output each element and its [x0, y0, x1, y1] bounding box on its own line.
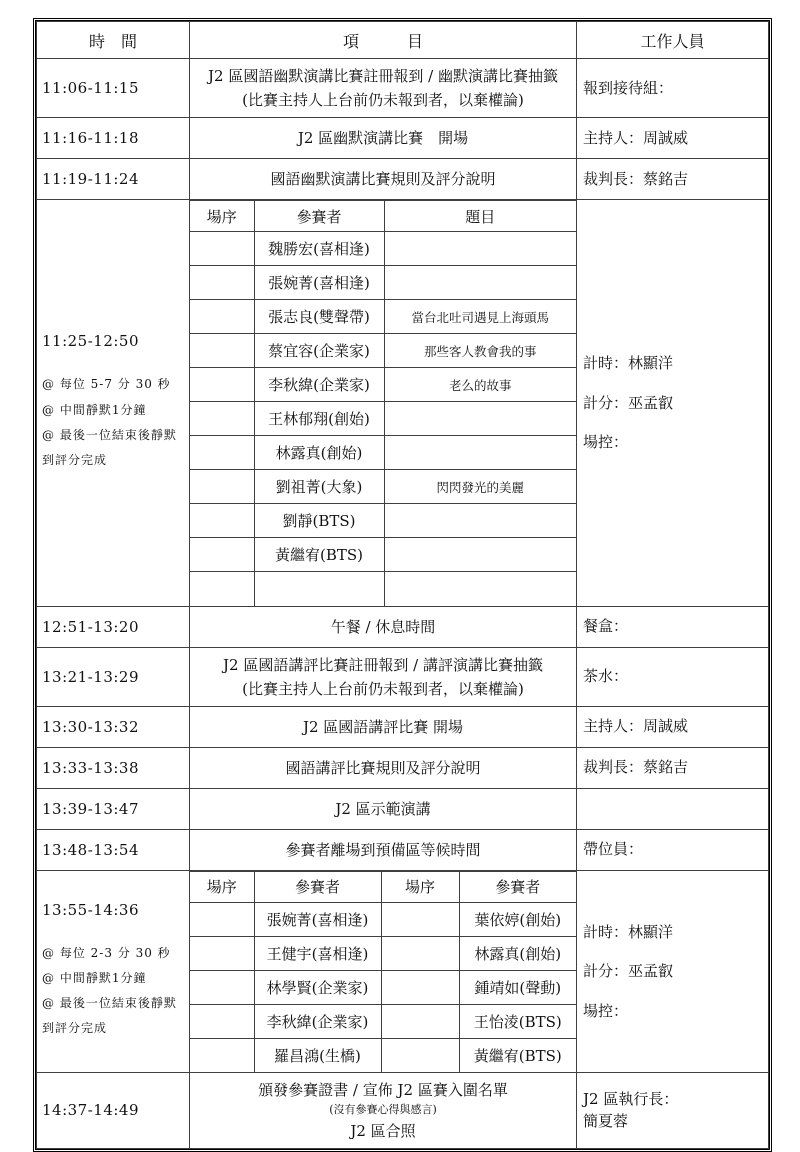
time-cell: 11:06-11:15	[37, 59, 190, 118]
agenda-table: 時 間 項 目 工作人員 11:06-11:15J2 區國語幽默演講比賽註冊報到…	[36, 21, 769, 1149]
col-header-time: 時 間	[37, 22, 190, 59]
contest-row: 11:25-12:50@ 每位 5-7 分 30 秒@ 中間靜默1分鐘@ 最後一…	[37, 200, 769, 607]
participant-cell: 王林郁翔(創始)	[254, 402, 384, 436]
staff-line: 計分：巫孟叡	[583, 960, 765, 983]
time-range: 13:48-13:54	[42, 841, 187, 859]
staff-line: J2 區執行長：	[583, 1088, 765, 1111]
time-note-line: @ 最後一位結束後靜默	[42, 423, 187, 448]
staff-line: 場控：	[583, 1000, 765, 1023]
seq-cell	[190, 504, 254, 538]
staff-line: 帶位員：	[583, 838, 765, 861]
item-line: J2 區合照	[194, 1119, 572, 1143]
inner-col-header: 參賽者	[254, 871, 381, 902]
time-range: 12:51-13:20	[42, 618, 187, 636]
participant-cell: 劉靜(BTS)	[254, 504, 384, 538]
item-cell: J2 區國語幽默演講比賽註冊報到 / 幽默演講比賽抽籤(比賽主持人上台前仍未報到…	[190, 59, 577, 118]
inner-row: 張志良(雙聲帶)當台北吐司遇見上海頭馬	[190, 300, 576, 334]
seq-cell	[190, 368, 254, 402]
topic-cell	[384, 436, 576, 470]
item-line: J2 區示範演講	[194, 797, 572, 821]
inner-row: 王林郁翔(創始)	[190, 402, 576, 436]
seq-cell	[190, 1004, 254, 1038]
inner-row: 李秋緯(企業家)老么的故事	[190, 368, 576, 402]
inner-row: 張婉菁(喜相逢)葉依婷(創始)	[190, 902, 576, 936]
item-line: 國語幽默演講比賽規則及評分說明	[194, 167, 572, 191]
staff-line: 計時：林顯洋	[583, 921, 765, 944]
time-cell: 13:21-13:29	[37, 647, 190, 706]
inner-col-header: 參賽者	[459, 871, 576, 902]
item-cell: 頒發參賽證書 / 宣佈 J2 區賽入圍名單(沒有參賽心得與感言)J2 區合照	[190, 1073, 577, 1149]
time-range: 14:37-14:49	[42, 1101, 187, 1119]
staff-cell: 裁判長：蔡銘吉	[577, 159, 769, 200]
seq-cell	[381, 1038, 459, 1072]
time-cell: 13:30-13:32	[37, 706, 190, 747]
time-cell: 14:37-14:49	[37, 1073, 190, 1149]
inner-row: 劉祖菁(大象)閃閃發光的美麗	[190, 470, 576, 504]
topic-cell: 老么的故事	[384, 368, 576, 402]
inner-row: 林學賢(企業家)鍾靖如(聲動)	[190, 970, 576, 1004]
participant-cell: 黃繼宥(BTS)	[459, 1038, 576, 1072]
time-cell: 13:39-13:47	[37, 788, 190, 829]
participant-cell	[254, 572, 384, 606]
staff-cell: 計時：林顯洋計分：巫孟叡場控：	[577, 200, 769, 607]
inner-row: 林露真(創始)	[190, 436, 576, 470]
item-line: 午餐 / 休息時間	[194, 615, 572, 639]
seq-cell	[190, 572, 254, 606]
participant-cell: 林露真(創始)	[459, 936, 576, 970]
participant-cell: 劉祖菁(大象)	[254, 470, 384, 504]
time-note-line: @ 每位 5-7 分 30 秒	[42, 372, 187, 397]
seq-cell	[190, 902, 254, 936]
inner-row: 黃繼宥(BTS)	[190, 538, 576, 572]
time-cell: 11:16-11:18	[37, 118, 190, 159]
participant-cell: 葉依婷(創始)	[459, 902, 576, 936]
agenda-row: 11:19-11:24國語幽默演講比賽規則及評分說明裁判長：蔡銘吉	[37, 159, 769, 200]
inner-row: 張婉菁(喜相逢)	[190, 266, 576, 300]
seq-cell	[190, 436, 254, 470]
time-range: 13:30-13:32	[42, 718, 187, 736]
seq-cell	[190, 334, 254, 368]
seq-cell	[381, 936, 459, 970]
inner-col-header: 場序	[190, 871, 254, 902]
staff-line: 簡夏蓉	[583, 1110, 765, 1133]
staff-line: 主持人：周誠威	[583, 127, 765, 150]
topic-cell	[384, 232, 576, 266]
staff-cell: 主持人：周誠威	[577, 706, 769, 747]
time-range: 13:33-13:38	[42, 759, 187, 777]
header-row: 時 間 項 目 工作人員	[37, 22, 769, 59]
item-cell: J2 區示範演講	[190, 788, 577, 829]
staff-line: 裁判長：蔡銘吉	[583, 756, 765, 779]
item-line: (比賽主持人上台前仍未報到者，以棄權論)	[194, 88, 572, 112]
item-line: 國語講評比賽規則及評分說明	[194, 756, 572, 780]
staff-line: 報到接待組：	[583, 77, 765, 100]
staff-line: 主持人：周誠威	[583, 715, 765, 738]
seq-cell	[190, 402, 254, 436]
item-cell: 國語幽默演講比賽規則及評分說明	[190, 159, 577, 200]
agenda-row: 11:06-11:15J2 區國語幽默演講比賽註冊報到 / 幽默演講比賽抽籤(比…	[37, 59, 769, 118]
topic-cell	[384, 402, 576, 436]
participant-cell: 張婉菁(喜相逢)	[254, 902, 381, 936]
time-cell: 11:25-12:50@ 每位 5-7 分 30 秒@ 中間靜默1分鐘@ 最後一…	[37, 200, 190, 607]
seq-cell	[190, 232, 254, 266]
item-cell: 參賽者離場到預備區等候時間	[190, 829, 577, 870]
participant-cell: 李秋緯(企業家)	[254, 368, 384, 402]
time-cell: 13:55-14:36@ 每位 2-3 分 30 秒@ 中間靜默1分鐘@ 最後一…	[37, 870, 190, 1073]
participant-cell: 羅昌鴻(生橋)	[254, 1038, 381, 1072]
item-cell: J2 區幽默演講比賽 開場	[190, 118, 577, 159]
page: 時 間 項 目 工作人員 11:06-11:15J2 區國語幽默演講比賽註冊報到…	[0, 0, 800, 1130]
agenda-row: 13:48-13:54參賽者離場到預備區等候時間帶位員：	[37, 829, 769, 870]
topic-cell: 當台北吐司遇見上海頭馬	[384, 300, 576, 334]
inner-row: 劉靜(BTS)	[190, 504, 576, 538]
time-note-line: @ 中間靜默1分鐘	[42, 398, 187, 423]
time-notes: @ 每位 2-3 分 30 秒@ 中間靜默1分鐘@ 最後一位結束後靜默到評分完成	[42, 941, 187, 1042]
seq-cell	[381, 902, 459, 936]
contest-inner-table: 場序參賽者場序參賽者張婉菁(喜相逢)葉依婷(創始)王健宇(喜相逢)林露真(創始)…	[190, 871, 576, 1073]
time-note-line: @ 最後一位結束後靜默	[42, 991, 187, 1016]
time-note-line: 到評分完成	[42, 1016, 187, 1041]
time-note-line: @ 中間靜默1分鐘	[42, 966, 187, 991]
time-note-line: @ 每位 2-3 分 30 秒	[42, 941, 187, 966]
time-cell: 13:48-13:54	[37, 829, 190, 870]
time-range: 11:16-11:18	[42, 129, 187, 147]
participant-cell: 張婉菁(喜相逢)	[254, 266, 384, 300]
time-range: 13:55-14:36	[42, 901, 187, 919]
time-note-line: 到評分完成	[42, 448, 187, 473]
agenda-row: 14:37-14:49頒發參賽證書 / 宣佈 J2 區賽入圍名單(沒有參賽心得與…	[37, 1073, 769, 1149]
seq-cell	[190, 300, 254, 334]
staff-line: 茶水：	[583, 665, 765, 688]
inner-col-header: 參賽者	[254, 201, 384, 232]
staff-cell	[577, 788, 769, 829]
seq-cell	[381, 1004, 459, 1038]
topic-cell	[384, 538, 576, 572]
inner-col-header: 場序	[381, 871, 459, 902]
agenda-row: 13:39-13:47J2 區示範演講	[37, 788, 769, 829]
inner-row: 王健宇(喜相逢)林露真(創始)	[190, 936, 576, 970]
staff-line: 場控：	[583, 431, 765, 454]
participant-cell: 林學賢(企業家)	[254, 970, 381, 1004]
item-cell: 國語講評比賽規則及評分說明	[190, 747, 577, 788]
time-range: 11:06-11:15	[42, 79, 187, 97]
time-range: 13:39-13:47	[42, 800, 187, 818]
staff-cell: 計時：林顯洋計分：巫孟叡場控：	[577, 870, 769, 1073]
time-range: 13:21-13:29	[42, 668, 187, 686]
col-header-staff: 工作人員	[577, 22, 769, 59]
agenda-row: 13:21-13:29J2 區國語講評比賽註冊報到 / 講評演講比賽抽籤(比賽主…	[37, 647, 769, 706]
contest-program-cell: 場序參賽者場序參賽者張婉菁(喜相逢)葉依婷(創始)王健宇(喜相逢)林露真(創始)…	[190, 870, 577, 1073]
seq-cell	[381, 970, 459, 1004]
item-line: J2 區國語講評比賽註冊報到 / 講評演講比賽抽籤	[194, 653, 572, 677]
staff-line: 裁判長：蔡銘吉	[583, 168, 765, 191]
staff-cell: 帶位員：	[577, 829, 769, 870]
seq-cell	[190, 538, 254, 572]
staff-cell: 茶水：	[577, 647, 769, 706]
seq-cell	[190, 970, 254, 1004]
agenda-row: 13:33-13:38國語講評比賽規則及評分說明裁判長：蔡銘吉	[37, 747, 769, 788]
topic-cell: 閃閃發光的美麗	[384, 470, 576, 504]
seq-cell	[190, 936, 254, 970]
participant-cell: 黃繼宥(BTS)	[254, 538, 384, 572]
contest-row: 13:55-14:36@ 每位 2-3 分 30 秒@ 中間靜默1分鐘@ 最後一…	[37, 870, 769, 1073]
seq-cell	[190, 266, 254, 300]
agenda-row: 13:30-13:32J2 區國語講評比賽 開場主持人：周誠威	[37, 706, 769, 747]
item-cell: J2 區國語講評比賽註冊報到 / 講評演講比賽抽籤(比賽主持人上台前仍未報到者，…	[190, 647, 577, 706]
item-cell: 午餐 / 休息時間	[190, 606, 577, 647]
participant-cell: 張志良(雙聲帶)	[254, 300, 384, 334]
inner-row: 李秋緯(企業家)王怡淩(BTS)	[190, 1004, 576, 1038]
inner-row: 魏勝宏(喜相逢)	[190, 232, 576, 266]
staff-cell: 餐盒：	[577, 606, 769, 647]
participant-cell: 蔡宜容(企業家)	[254, 334, 384, 368]
inner-col-header: 題目	[384, 201, 576, 232]
item-line: 參賽者離場到預備區等候時間	[194, 838, 572, 862]
item-cell: J2 區國語講評比賽 開場	[190, 706, 577, 747]
item-line: J2 區國語講評比賽 開場	[194, 715, 572, 739]
topic-cell	[384, 572, 576, 606]
contest-program-cell: 場序參賽者題目魏勝宏(喜相逢)張婉菁(喜相逢)張志良(雙聲帶)當台北吐司遇見上海…	[190, 200, 577, 607]
item-line: (比賽主持人上台前仍未報到者，以棄權論)	[194, 677, 572, 701]
time-cell: 11:19-11:24	[37, 159, 190, 200]
time-cell: 13:33-13:38	[37, 747, 190, 788]
inner-row: 蔡宜容(企業家)那些客人教會我的事	[190, 334, 576, 368]
staff-cell: 報到接待組：	[577, 59, 769, 118]
item-line: 頒發參賽證書 / 宣佈 J2 區賽入圍名單	[194, 1078, 572, 1102]
seq-cell	[190, 470, 254, 504]
item-line: J2 區國語幽默演講比賽註冊報到 / 幽默演講比賽抽籤	[194, 64, 572, 88]
inner-row	[190, 572, 576, 606]
time-range: 11:25-12:50	[42, 332, 187, 350]
contest-inner-table: 場序參賽者題目魏勝宏(喜相逢)張婉菁(喜相逢)張志良(雙聲帶)當台北吐司遇見上海…	[190, 200, 576, 606]
seq-cell	[190, 1038, 254, 1072]
item-line: J2 區幽默演講比賽 開場	[194, 126, 572, 150]
time-range: 11:19-11:24	[42, 170, 187, 188]
participant-cell: 鍾靖如(聲動)	[459, 970, 576, 1004]
inner-header-row: 場序參賽者場序參賽者	[190, 871, 576, 902]
topic-cell: 那些客人教會我的事	[384, 334, 576, 368]
participant-cell: 李秋緯(企業家)	[254, 1004, 381, 1038]
inner-header-row: 場序參賽者題目	[190, 201, 576, 232]
participant-cell: 林露真(創始)	[254, 436, 384, 470]
inner-row: 羅昌鴻(生橋)黃繼宥(BTS)	[190, 1038, 576, 1072]
participant-cell: 王怡淩(BTS)	[459, 1004, 576, 1038]
staff-line: 計分：巫孟叡	[583, 392, 765, 415]
participant-cell: 魏勝宏(喜相逢)	[254, 232, 384, 266]
agenda-table-border: 時 間 項 目 工作人員 11:06-11:15J2 區國語幽默演講比賽註冊報到…	[33, 18, 772, 1152]
time-cell: 12:51-13:20	[37, 606, 190, 647]
staff-line: 計時：林顯洋	[583, 352, 765, 375]
staff-cell: 主持人：周誠威	[577, 118, 769, 159]
agenda-row: 11:16-11:18J2 區幽默演講比賽 開場主持人：周誠威	[37, 118, 769, 159]
staff-line: 餐盒：	[583, 615, 765, 638]
participant-cell: 王健宇(喜相逢)	[254, 936, 381, 970]
inner-col-header: 場序	[190, 201, 254, 232]
item-line: (沒有參賽心得與感言)	[194, 1102, 572, 1119]
topic-cell	[384, 504, 576, 538]
topic-cell	[384, 266, 576, 300]
agenda-row: 12:51-13:20午餐 / 休息時間餐盒：	[37, 606, 769, 647]
staff-cell: 裁判長：蔡銘吉	[577, 747, 769, 788]
time-notes: @ 每位 5-7 分 30 秒@ 中間靜默1分鐘@ 最後一位結束後靜默到評分完成	[42, 372, 187, 473]
staff-cell: J2 區執行長：簡夏蓉	[577, 1073, 769, 1149]
col-header-item: 項 目	[190, 22, 577, 59]
